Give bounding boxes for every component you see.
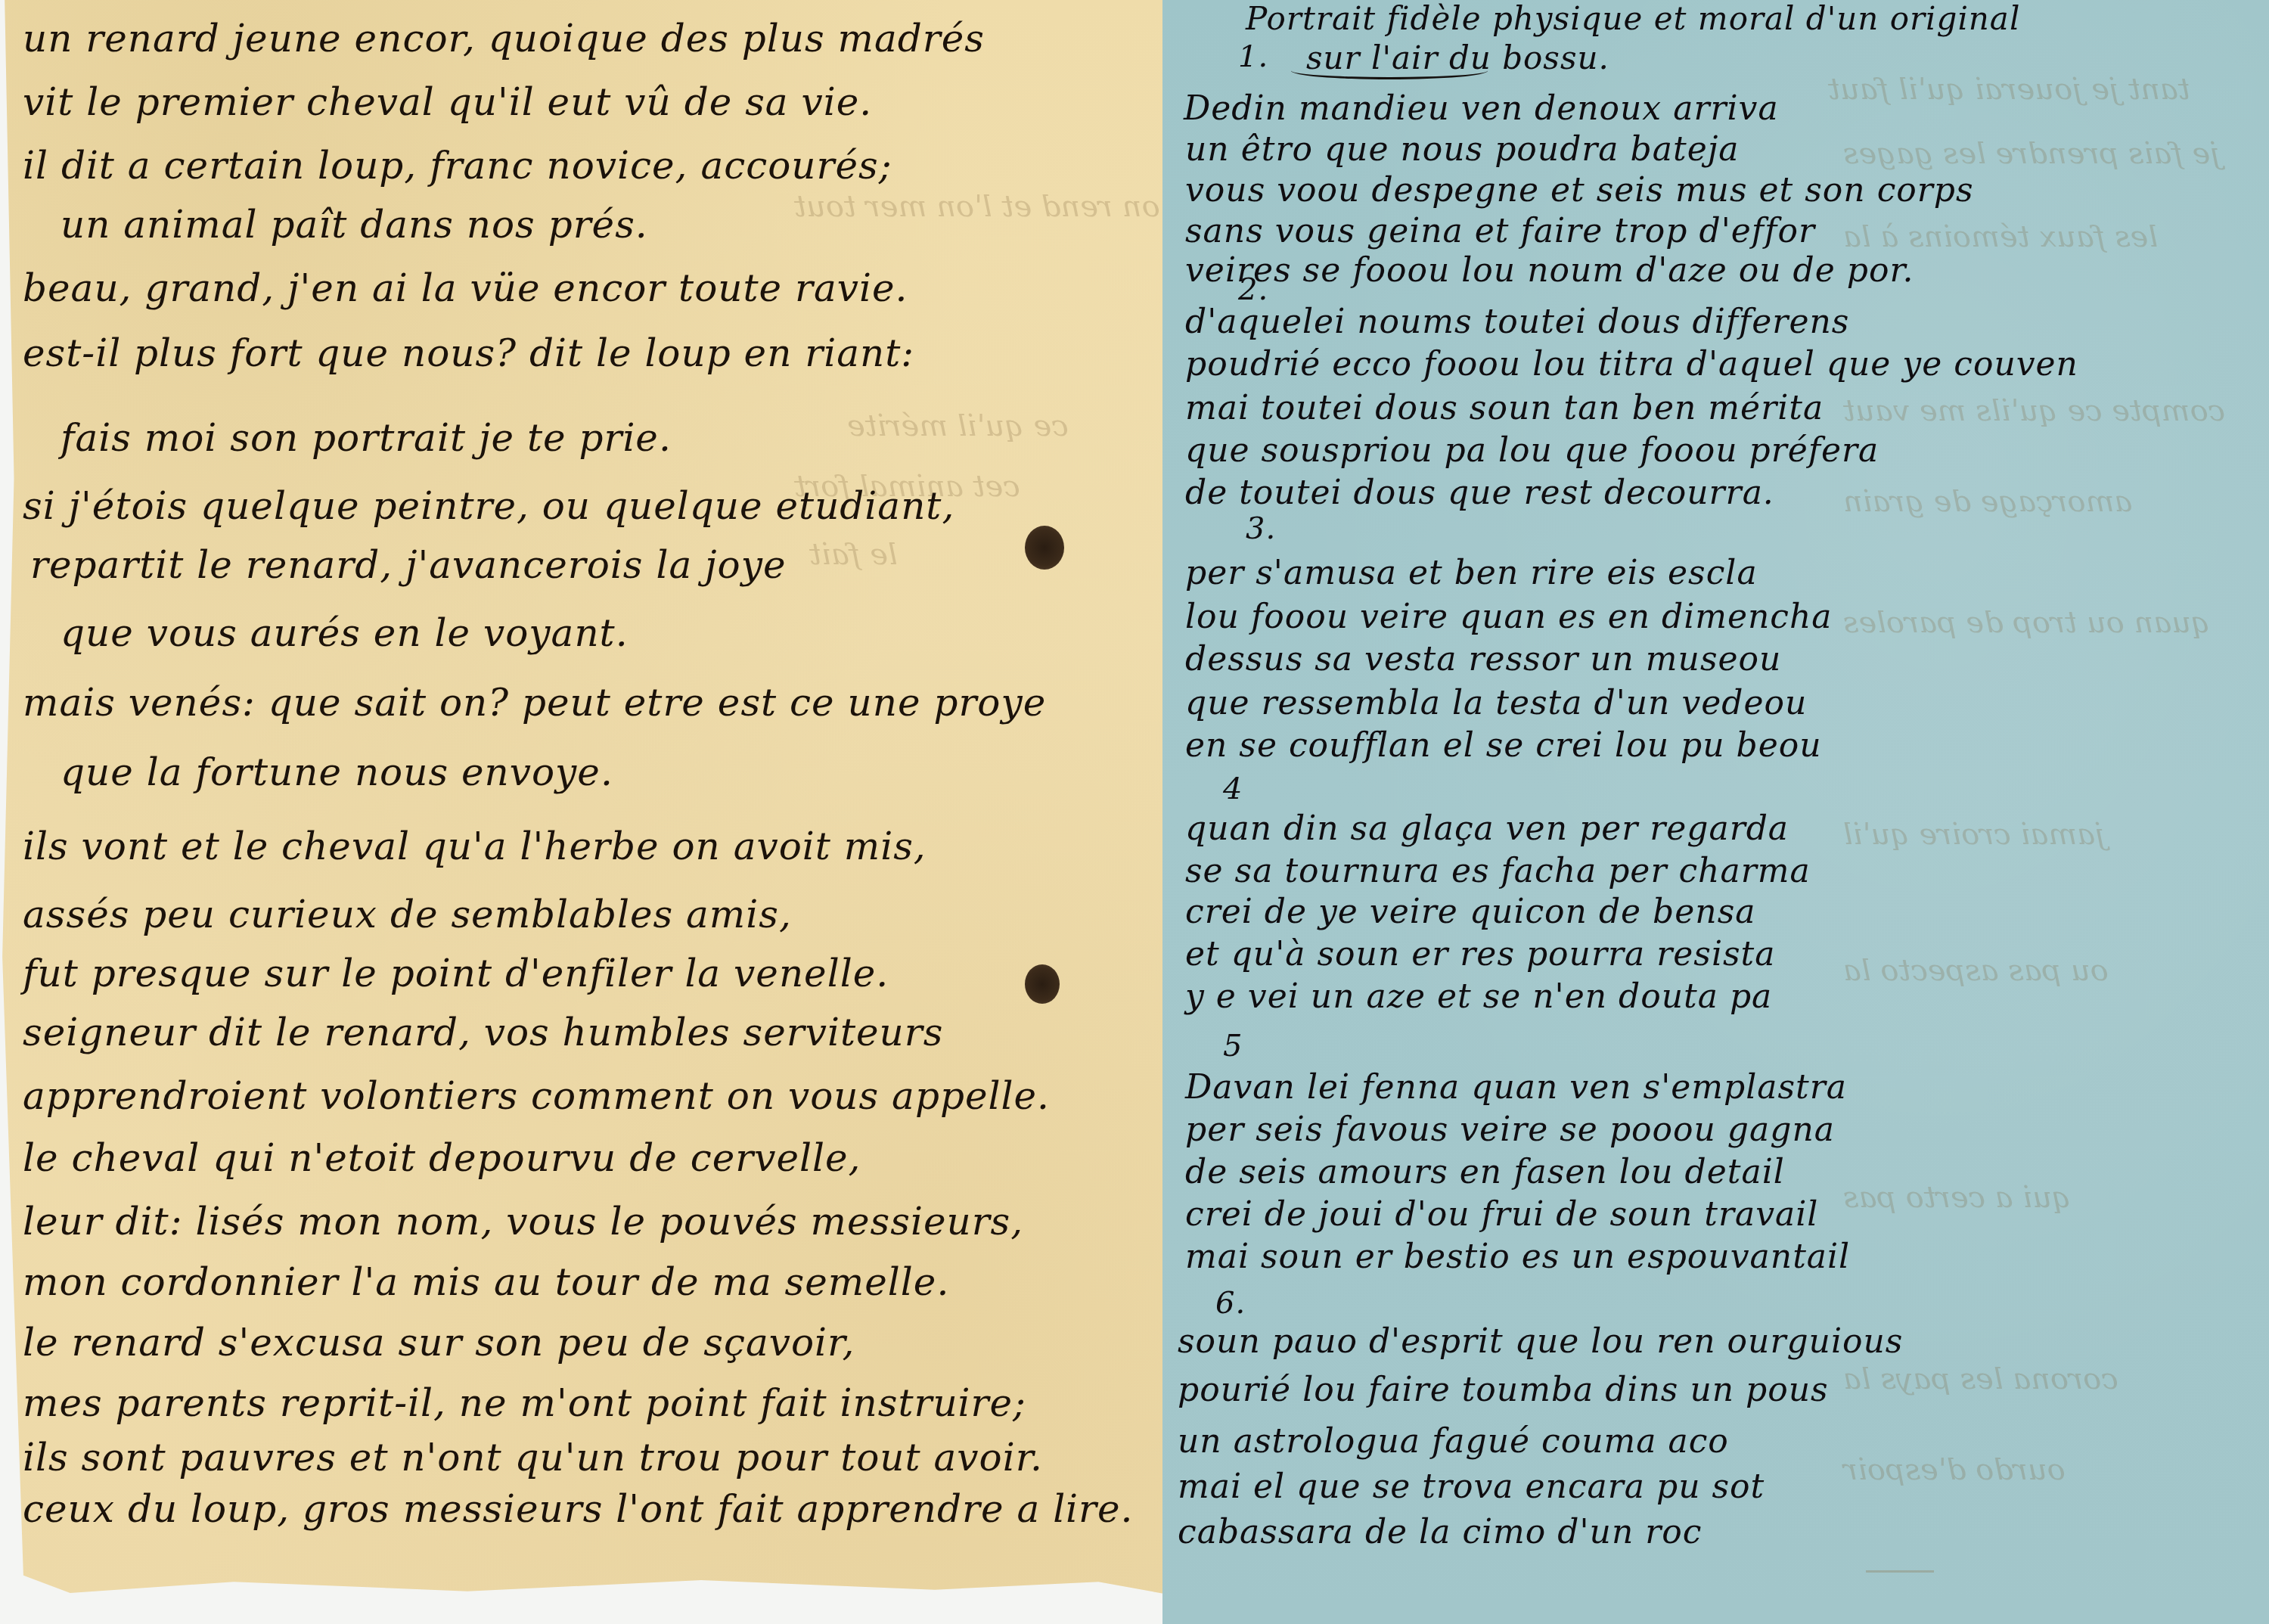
verse-line: ceux du loup, gros messieurs l'ont fait …	[23, 1487, 1134, 1531]
verse-line: de seis amours en fasen lou detail	[1185, 1153, 1785, 1191]
bleed-through-text: le fait	[809, 537, 898, 572]
bleed-through-text: qui a certo pas	[1843, 1180, 2071, 1215]
bleed-through-text: corona les pays la	[1843, 1362, 2118, 1396]
verse-line: mai toutei dous soun tan ben mérita	[1185, 389, 1824, 427]
bleed-through-text: je fais prendre les gages	[1843, 136, 2220, 171]
verse-line: vous voou despegne et seis mus et son co…	[1185, 171, 1974, 210]
verse-line: mon cordonnier l'a mis au tour de ma sem…	[23, 1260, 949, 1304]
verse-line: seigneur dit le renard, vos humbles serv…	[23, 1011, 943, 1054]
verse-line: le cheval qui n'etoit depourvu de cervel…	[23, 1136, 861, 1180]
verse-line: ils sont pauvres et n'ont qu'un trou pou…	[23, 1436, 1043, 1480]
end-rule	[1866, 1570, 1934, 1573]
verse-line: leur dit: lisés mon nom, vous le pouvés …	[23, 1200, 1023, 1244]
verse-line: mai el que se trova encara pu sot	[1178, 1467, 1765, 1506]
ink-blot	[1025, 964, 1060, 1004]
verse-line: sans vous geina et faire trop d'effor	[1185, 212, 1815, 250]
verse-line: un êtro que nous poudra bateja	[1185, 130, 1740, 169]
verse-line: que vous aurés en le voyant.	[61, 611, 629, 655]
bleed-through-text: compte ce qu'ils me vaut	[1843, 393, 2225, 428]
bleed-through-text: quan ou trop de paroles	[1843, 605, 2211, 640]
verse-line: le renard s'excusa sur son peu de sçavoi…	[23, 1321, 855, 1365]
manuscript-title: Portrait fidèle physique et moral d'un o…	[1246, 0, 2020, 37]
verse-line: mes parents reprit-il, ne m'ont point fa…	[23, 1381, 1026, 1425]
verse-line: que la fortune nous envoye.	[61, 750, 613, 794]
right-manuscript-page: tant je jouerai qu'il faut je fais prend…	[1162, 0, 2269, 1624]
title-underline	[1291, 62, 1488, 79]
stanza-number: 6.	[1215, 1286, 1246, 1321]
verse-line: per s'amusa et ben rire eis escla	[1185, 554, 1758, 592]
verse-line: soun pauo d'esprit que lou ren ourguious	[1178, 1322, 1903, 1361]
bleed-through-text: les faux témoins à la	[1843, 219, 2158, 254]
verse-line: se sa tournura es facha per charma	[1185, 852, 1811, 890]
verse-line: Dedin mandieu ven denoux arriva	[1184, 89, 1779, 128]
bleed-through-text: jamai croire qu'il	[1843, 817, 2104, 852]
verse-line: un astrologua fagué couma aco	[1178, 1422, 1729, 1461]
verse-line: veires se fooou lou noum d'aze ou de por…	[1185, 251, 1914, 290]
verse-line: un renard jeune encor, quoique des plus …	[23, 17, 985, 61]
verse-line: d'aquelei noums toutei dous differens	[1185, 303, 1849, 341]
verse-line: Davan lei fenna quan ven s'emplastra	[1185, 1068, 1847, 1107]
verse-line: fais moi son portrait je te prie.	[61, 416, 672, 460]
verse-line: de toutei dous que rest decourra.	[1185, 474, 1774, 512]
bleed-through-text: ourdo d'espoir	[1843, 1452, 2066, 1487]
verse-line: apprendroient volontiers comment on vous…	[23, 1074, 1050, 1118]
verse-line: per seis favous veire se pooou gagna	[1185, 1110, 1835, 1149]
stanza-number: 4	[1223, 772, 1243, 806]
verse-line: que souspriou pa lou que fooou préfera	[1185, 431, 1879, 470]
bleed-through-text: on rend et l'on mer tout	[794, 189, 1160, 224]
bleed-through-text: ce qu'il mérite	[847, 408, 1069, 443]
verse-line: il dit a certain loup, franc novice, acc…	[23, 144, 892, 188]
stanza-number: 5	[1223, 1029, 1243, 1064]
verse-line: cabassara de la cimo d'un roc	[1178, 1513, 1702, 1551]
verse-line: crei de ye veire quicon de bensa	[1185, 893, 1755, 931]
bleed-through-text: ou pas aspecto la	[1843, 953, 2109, 988]
verse-line: y e vei un aze et se n'en douta pa	[1185, 977, 1772, 1016]
verse-line: vit le premier cheval qu'il eut vû de sa…	[23, 80, 872, 124]
stanza-number: 1.	[1238, 39, 1268, 74]
verse-line: quan din sa glaça ven per regarda	[1185, 809, 1789, 848]
left-manuscript-page: on rend et l'on mer tout ce qu'il mérite…	[0, 0, 1169, 1595]
verse-line: si j'étois quelque peintre, ou quelque e…	[23, 484, 954, 528]
bleed-through-text: amorçage de grain	[1843, 484, 2132, 519]
verse-line: est-il plus fort que nous? dit le loup e…	[23, 331, 914, 375]
verse-line: poudrié ecco fooou lou titra d'aquel que…	[1185, 345, 2078, 383]
verse-line: en se coufflan el se crei lou pu beou	[1185, 726, 1822, 765]
verse-line: assés peu curieux de semblables amis,	[23, 893, 792, 936]
verse-line: mais venés: que sait on? peut etre est c…	[23, 681, 1046, 725]
bleed-through-text: tant je jouerai qu'il faut	[1828, 72, 2190, 107]
verse-line: dessus sa vesta ressor un museou	[1185, 640, 1781, 678]
verse-line: mai soun er bestio es un espouvantail	[1185, 1237, 1850, 1276]
verse-line: un animal paît dans nos prés.	[61, 203, 648, 247]
verse-line: repartit le renard, j'avancerois la joye	[30, 543, 787, 587]
verse-line: beau, grand, j'en ai la vüe encor toute …	[23, 266, 908, 310]
verse-line: lou fooou veire quan es en dimencha	[1185, 598, 1833, 636]
verse-line: pourié lou faire toumba dins un pous	[1178, 1371, 1829, 1409]
verse-line: fut presque sur le point d'enfiler la ve…	[23, 952, 889, 995]
verse-line: ils vont et le cheval qu'a l'herbe on av…	[23, 824, 927, 868]
verse-line: crei de joui d'ou frui de soun travail	[1185, 1195, 1818, 1234]
verse-line: que ressembla la testa d'un vedeou	[1185, 684, 1807, 722]
stanza-number: 3.	[1246, 511, 1276, 546]
verse-line: et qu'à soun er res pourra resista	[1185, 935, 1775, 973]
ink-blot	[1025, 526, 1064, 570]
